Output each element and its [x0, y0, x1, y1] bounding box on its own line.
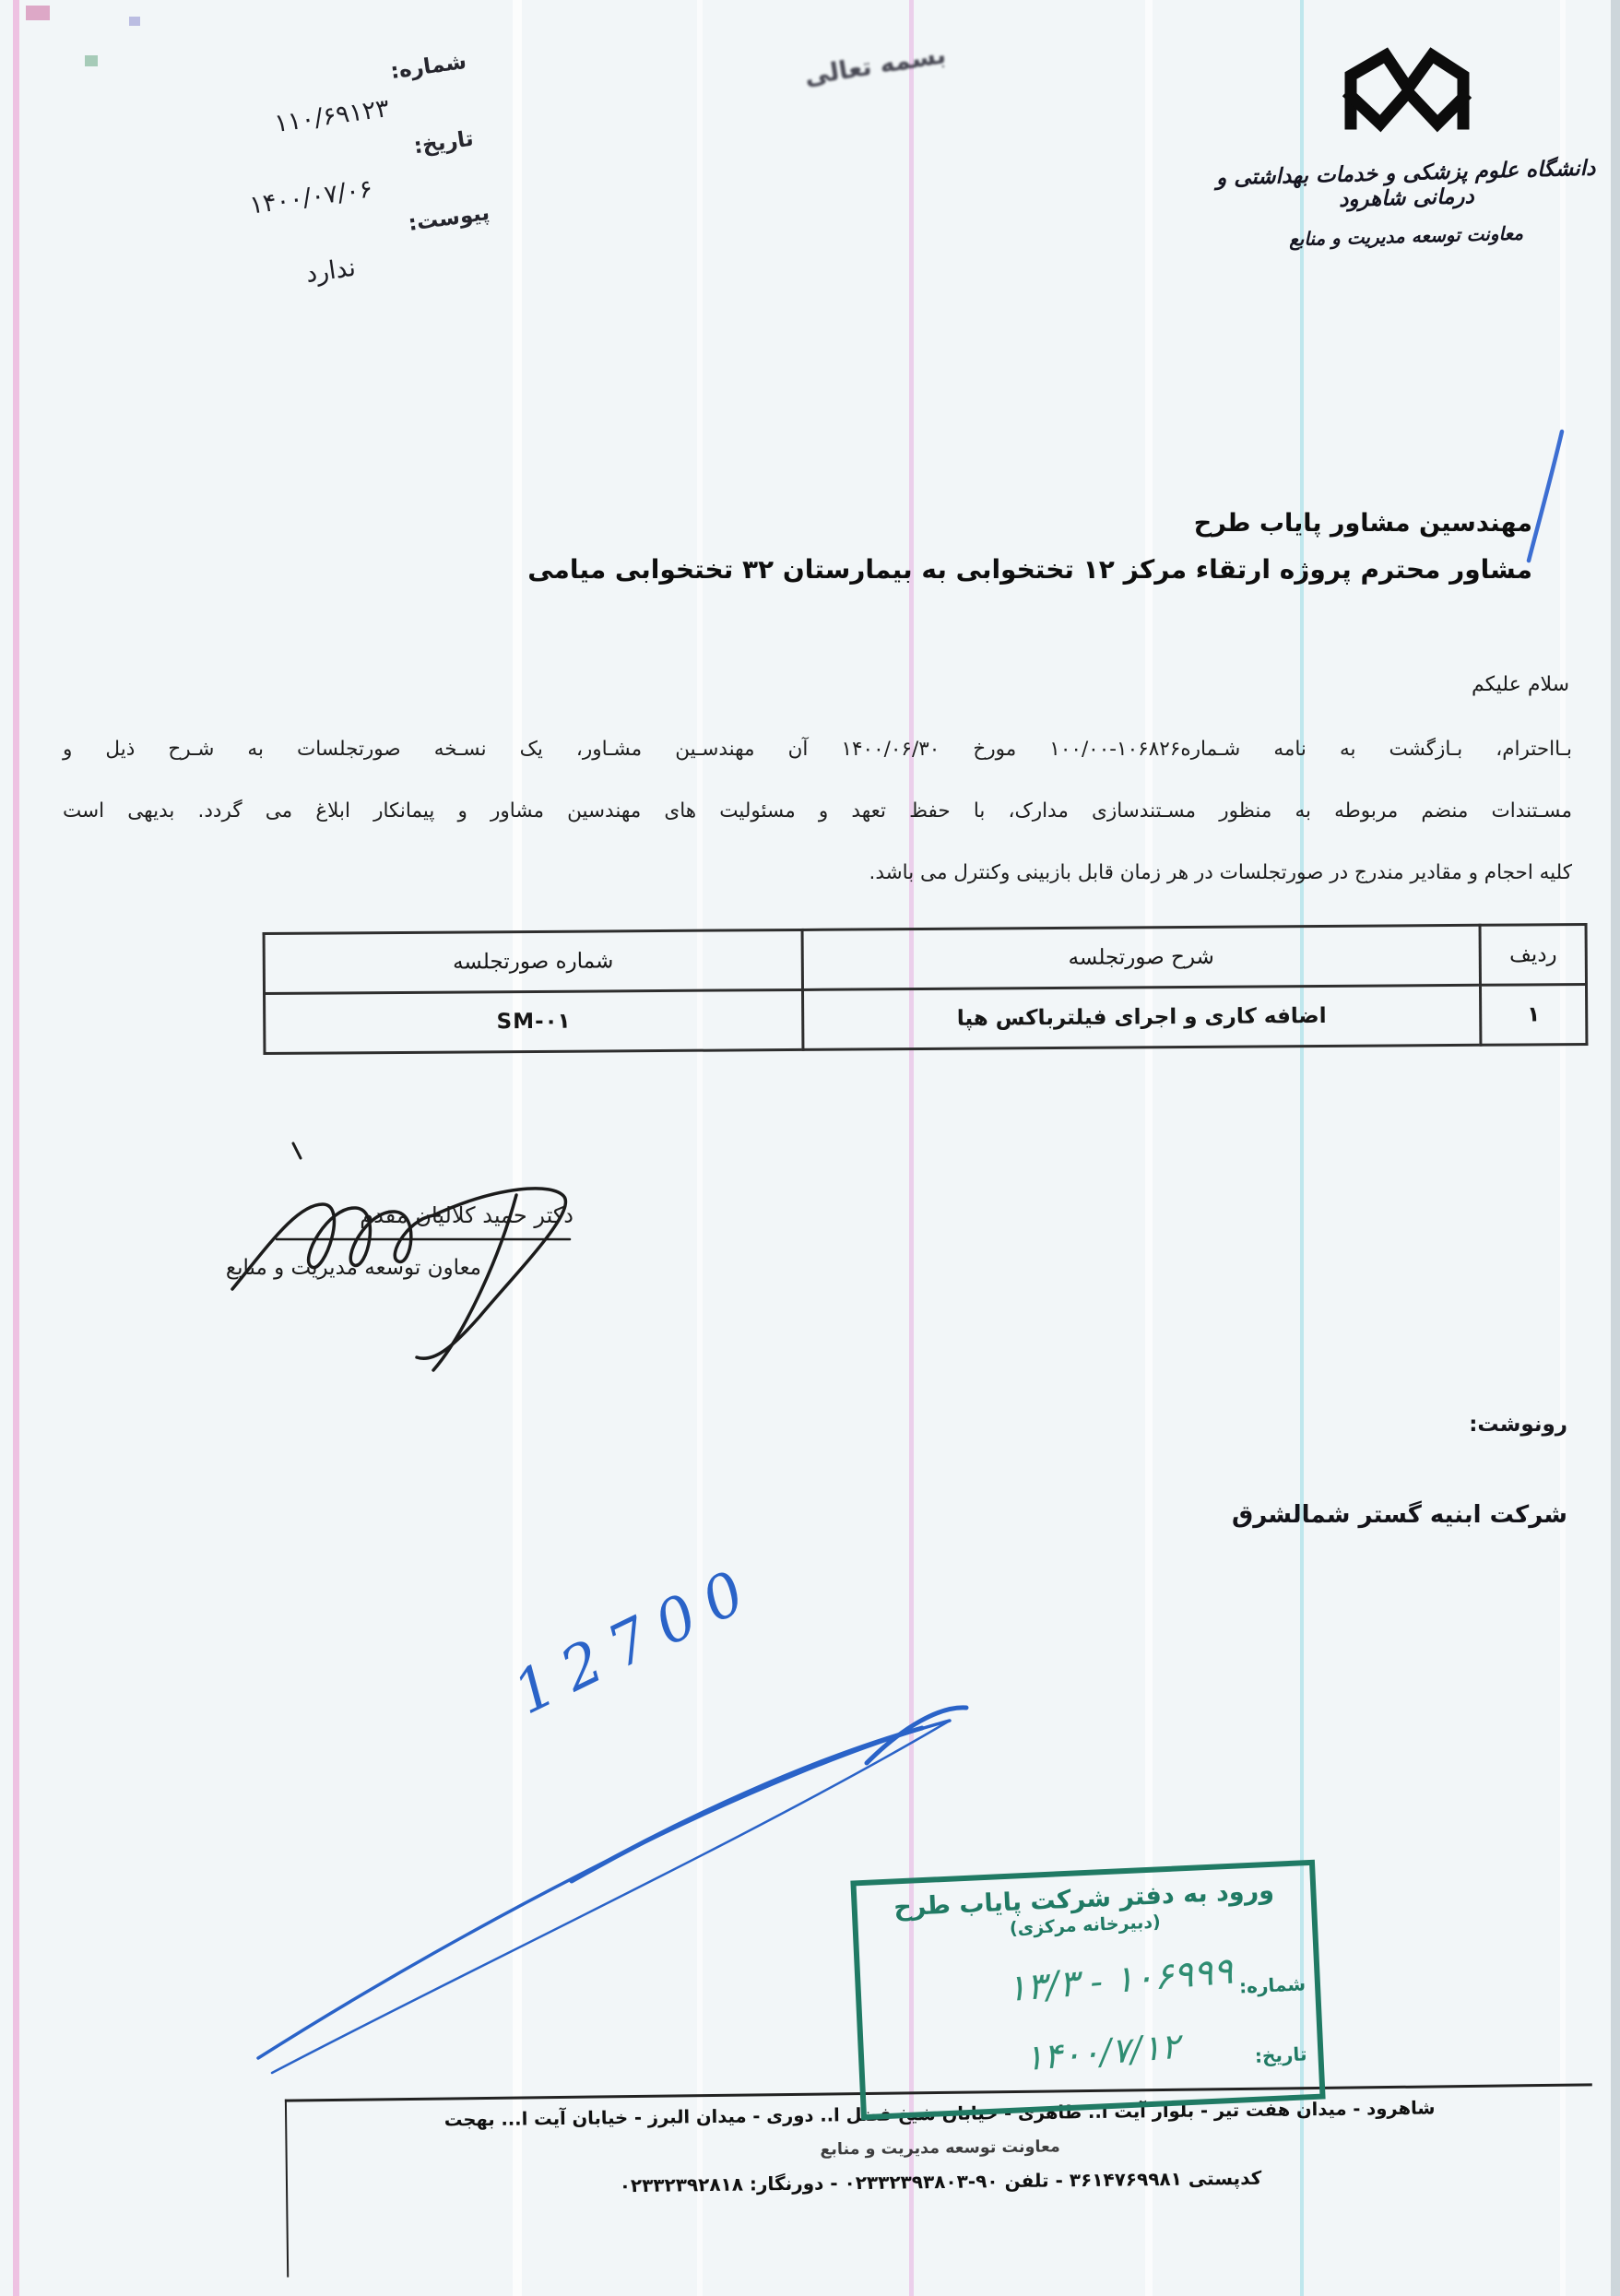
header-minutes-number: شماره صورتجلسه: [264, 929, 802, 993]
number-value: ۱۱۰/۶۹۱۲۳: [273, 94, 391, 138]
table-row: ۱ اضافه کاری و اجرای فیلترباکس هپا SM-۰۱: [265, 984, 1587, 1053]
cell-row-number: ۱: [1481, 984, 1587, 1045]
recipient-name: مهندسین مشاور پایاب طرح: [527, 509, 1532, 538]
organization-department: معاونت توسعه مدیریت و منابع: [1203, 219, 1609, 253]
salutation: سلام علیکم: [1472, 673, 1569, 696]
stamp-date-value: ۱۴۰۰/۷/۱۲: [1023, 2026, 1180, 2078]
attachment-value: ندارد: [304, 254, 358, 289]
footer-contact: کدپستی ۳۶۱۴۷۶۹۹۸۱ - تلفن ۹۰-۰۲۳۳۲۳۹۳۸۰۳ …: [288, 2162, 1593, 2200]
cell-description: اضافه کاری و اجرای فیلترباکس هپا: [802, 985, 1481, 1049]
blue-checkmark: [1529, 432, 1562, 561]
handwritten-bismillah: بسمه تعالی: [803, 41, 948, 91]
header-row-number: ردیف: [1480, 924, 1586, 985]
cc-item: شرکت ابنیه گستر شمالشرق: [1232, 1501, 1567, 1529]
body-line: کلیه احجام و مقادیر مندرج در صورتجلسات د…: [63, 861, 1572, 884]
scan-noise: [129, 17, 140, 26]
scan-streak: [513, 0, 522, 2296]
letter-meta: شماره: ۱۱۰/۶۹۱۲۳ تاریخ: ۱۴۰۰/۰۷/۰۶ پیوست…: [70, 49, 505, 343]
handwritten-number: 12700: [503, 1553, 768, 1729]
date-value: ۱۴۰۰/۰۷/۰۶: [248, 174, 374, 219]
university-logo: [1329, 39, 1484, 148]
signer-name: دکتر حمید کلالیان مقدم: [360, 1202, 574, 1228]
cc-label: رونوشت:: [1469, 1413, 1567, 1437]
signer-title: معاون توسعه مدیریت و منابع: [226, 1256, 481, 1280]
header-description: شرح صورتجلسه: [802, 925, 1481, 989]
signature-block: دکتر حمید کلالیان مقدم معاون توسعه مدیری…: [129, 1169, 590, 1335]
scan-streak: [1560, 0, 1566, 2296]
attachment-label: پیوست:: [407, 201, 491, 236]
letterhead: دانشگاه علوم پزشکی و خدمات بهداشتی و درم…: [1203, 39, 1609, 247]
scan-noise: [26, 6, 50, 20]
recipient-block: مهندسین مشاور پایاب طرح مشاور محترم پروژ…: [527, 509, 1532, 585]
scan-edge-shadow: [1611, 0, 1620, 2296]
scan-streak: [697, 0, 703, 2296]
table-header-row: ردیف شرح صورتجلسه شماره صورتجلسه: [264, 924, 1586, 993]
stamp-number-label: شماره:: [1239, 1972, 1307, 1997]
body-line: بـااحترام، بـازگشت به نامه شـماره۱۰۶۸۲۶-…: [63, 738, 1572, 761]
body-line: مسـتندات منضم مربوطه به منظور مسـتندسازی…: [63, 799, 1572, 823]
minutes-table: ردیف شرح صورتجلسه شماره صورتجلسه ۱ اضافه…: [263, 923, 1589, 1055]
organization-name: دانشگاه علوم پزشکی و خدمات بهداشتی و درم…: [1202, 155, 1609, 215]
scan-noise: [85, 55, 98, 66]
scanned-letter-page: بسمه تعالی دانشگاه علوم پزشکی و خدمات به…: [0, 0, 1620, 2296]
number-label: شماره:: [389, 50, 468, 84]
entry-stamp: ورود به دفتر شرکت پایاب طرح (دبیرخانه مر…: [850, 1860, 1325, 2121]
letter-body: بـااحترام، بـازگشت به نامه شـماره۱۰۶۸۲۶-…: [63, 738, 1572, 884]
date-label: تاریخ:: [412, 126, 475, 159]
recipient-subject: مشاور محترم پروژه ارتقاء مرکز ۱۲ تختخواب…: [527, 554, 1532, 585]
pen-strokes-overlay: [0, 0, 1620, 2296]
stamp-number-value: ۱۰۶۹۹۹ - ۱۳/۳: [1005, 1950, 1235, 2011]
footer-department: معاونت توسعه مدیریت و منابع: [288, 2131, 1593, 2165]
cell-minutes-number: SM-۰۱: [265, 989, 803, 1053]
stamp-date-label: تاریخ:: [1254, 2042, 1307, 2067]
scan-pink-edge: [13, 0, 19, 2296]
